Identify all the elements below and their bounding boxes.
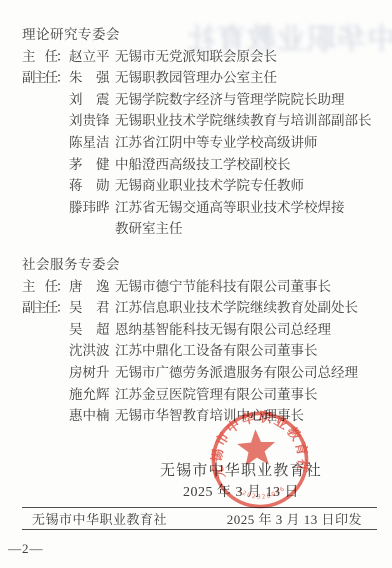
member-role-label	[22, 197, 69, 219]
member-name: 吴 超	[69, 319, 115, 341]
member-name	[69, 218, 115, 240]
member-name: 刘 震	[69, 89, 115, 111]
member-row: 主 任：唐 逸无锡市德宁节能科技有限公司董事长	[22, 276, 380, 298]
member-role-label: 主 任：	[22, 276, 69, 298]
member-title: 无锡市广德劳务派遣服务有限公司总经理	[115, 362, 380, 384]
member-title: 江苏金豆医院管理有限公司董事长	[115, 384, 380, 406]
member-name: 沈洪波	[69, 340, 115, 362]
member-row: 副主任：朱 强无锡职教园管理办公室主任	[22, 67, 380, 89]
member-title: 无锡职教园管理办公室主任	[115, 67, 380, 89]
seal-star-icon	[236, 428, 276, 466]
member-name: 朱 强	[69, 67, 115, 89]
member-row: 滕玮晔江苏省无锡交通高等职业技术学校焊接	[22, 197, 380, 219]
member-name: 陈星洁	[69, 132, 115, 154]
member-row: 教研室主任	[22, 218, 380, 240]
member-row: 吴 超恩纳基智能科技无锡有限公司总经理	[22, 319, 380, 341]
member-role-label	[22, 154, 69, 176]
member-name: 房树升	[69, 362, 115, 384]
member-row: 刘 震无锡学院数字经济与管理学院院长助理	[22, 89, 380, 111]
official-seal: 无锡市中华职业教育社 3202920046	[201, 401, 319, 519]
member-title: 教研室主任	[115, 218, 380, 240]
member-role-label	[22, 110, 69, 132]
member-title: 恩纳基智能科技无锡有限公司总经理	[115, 319, 380, 341]
member-name: 吴 君	[69, 297, 115, 319]
member-title: 无锡市无党派知联会原会长	[115, 46, 380, 68]
member-title: 中船澄西高级技工学校副校长	[115, 154, 380, 176]
member-name: 唐 逸	[69, 276, 115, 298]
member-row: 副主任：吴 君江苏信息职业技术学院继续教育处副处长	[22, 297, 380, 319]
member-row: 陈星洁江苏省江阴中等专业学校高级讲师	[22, 132, 380, 154]
member-row: 刘贵锋无锡职业技术学院继续教育与培训部副部长	[22, 110, 380, 132]
member-name: 赵立平	[69, 46, 115, 68]
member-title: 江苏中鼎化工设备有限公司董事长	[115, 340, 380, 362]
committee-section: 理论研究专委会主 任：赵立平无锡市无党派知联会原会长副主任：朱 强无锡职教园管理…	[22, 24, 380, 240]
member-role-label	[22, 175, 69, 197]
page-number: —2—	[8, 541, 44, 557]
footer-rule-bottom	[22, 529, 377, 530]
member-role-label	[22, 132, 69, 154]
member-row: 蒋 勋无锡商业职业技术学院专任教师	[22, 175, 380, 197]
colophon-issuer: 无锡市中华职业教育社	[22, 509, 167, 528]
section-heading: 社会服务专委会	[22, 254, 380, 276]
seal-code: 3202920046	[236, 485, 287, 502]
member-role-label	[22, 89, 69, 111]
member-role-label: 副主任：	[22, 297, 69, 319]
colophon: 无锡市中华职业教育社 2025 年 3 月 13 日印发	[22, 507, 377, 529]
committee-section: 社会服务专委会主 任：唐 逸无锡市德宁节能科技有限公司董事长副主任：吴 君江苏信…	[22, 254, 380, 427]
member-role-label	[22, 405, 69, 427]
member-role-label	[22, 340, 69, 362]
member-role-label	[22, 384, 69, 406]
member-row: 主 任：赵立平无锡市无党派知联会原会长	[22, 46, 380, 68]
member-name: 惠中楠	[69, 405, 115, 427]
section-heading: 理论研究专委会	[22, 24, 380, 46]
member-role-label: 主 任：	[22, 46, 69, 68]
member-title: 无锡学院数字经济与管理学院院长助理	[115, 89, 380, 111]
member-title: 无锡商业职业技术学院专任教师	[115, 175, 380, 197]
member-role-label: 副主任：	[22, 67, 69, 89]
member-name: 滕玮晔	[69, 197, 115, 219]
committee-lists: 理论研究专委会主 任：赵立平无锡市无党派知联会原会长副主任：朱 强无锡职教园管理…	[22, 24, 380, 427]
member-title: 江苏省无锡交通高等职业技术学校焊接	[115, 197, 380, 219]
member-row: 施允辉江苏金豆医院管理有限公司董事长	[22, 384, 380, 406]
member-title: 无锡职业技术学院继续教育与培训部副部长	[115, 110, 380, 132]
member-name: 茅 健	[69, 154, 115, 176]
member-title: 江苏省江阴中等专业学校高级讲师	[115, 132, 380, 154]
member-row: 房树升无锡市广德劳务派遣服务有限公司总经理	[22, 362, 380, 384]
member-row: 沈洪波江苏中鼎化工设备有限公司董事长	[22, 340, 380, 362]
member-title: 无锡市德宁节能科技有限公司董事长	[115, 276, 380, 298]
member-role-label	[22, 319, 69, 341]
member-role-label	[22, 362, 69, 384]
svg-text:3202920046: 3202920046	[236, 485, 287, 502]
member-role-label	[22, 218, 69, 240]
member-name: 刘贵锋	[69, 110, 115, 132]
member-row: 茅 健中船澄西高级技工学校副校长	[22, 154, 380, 176]
member-name: 蒋 勋	[69, 175, 115, 197]
member-name: 施允辉	[69, 384, 115, 406]
member-title: 江苏信息职业技术学院继续教育处副处长	[115, 297, 380, 319]
